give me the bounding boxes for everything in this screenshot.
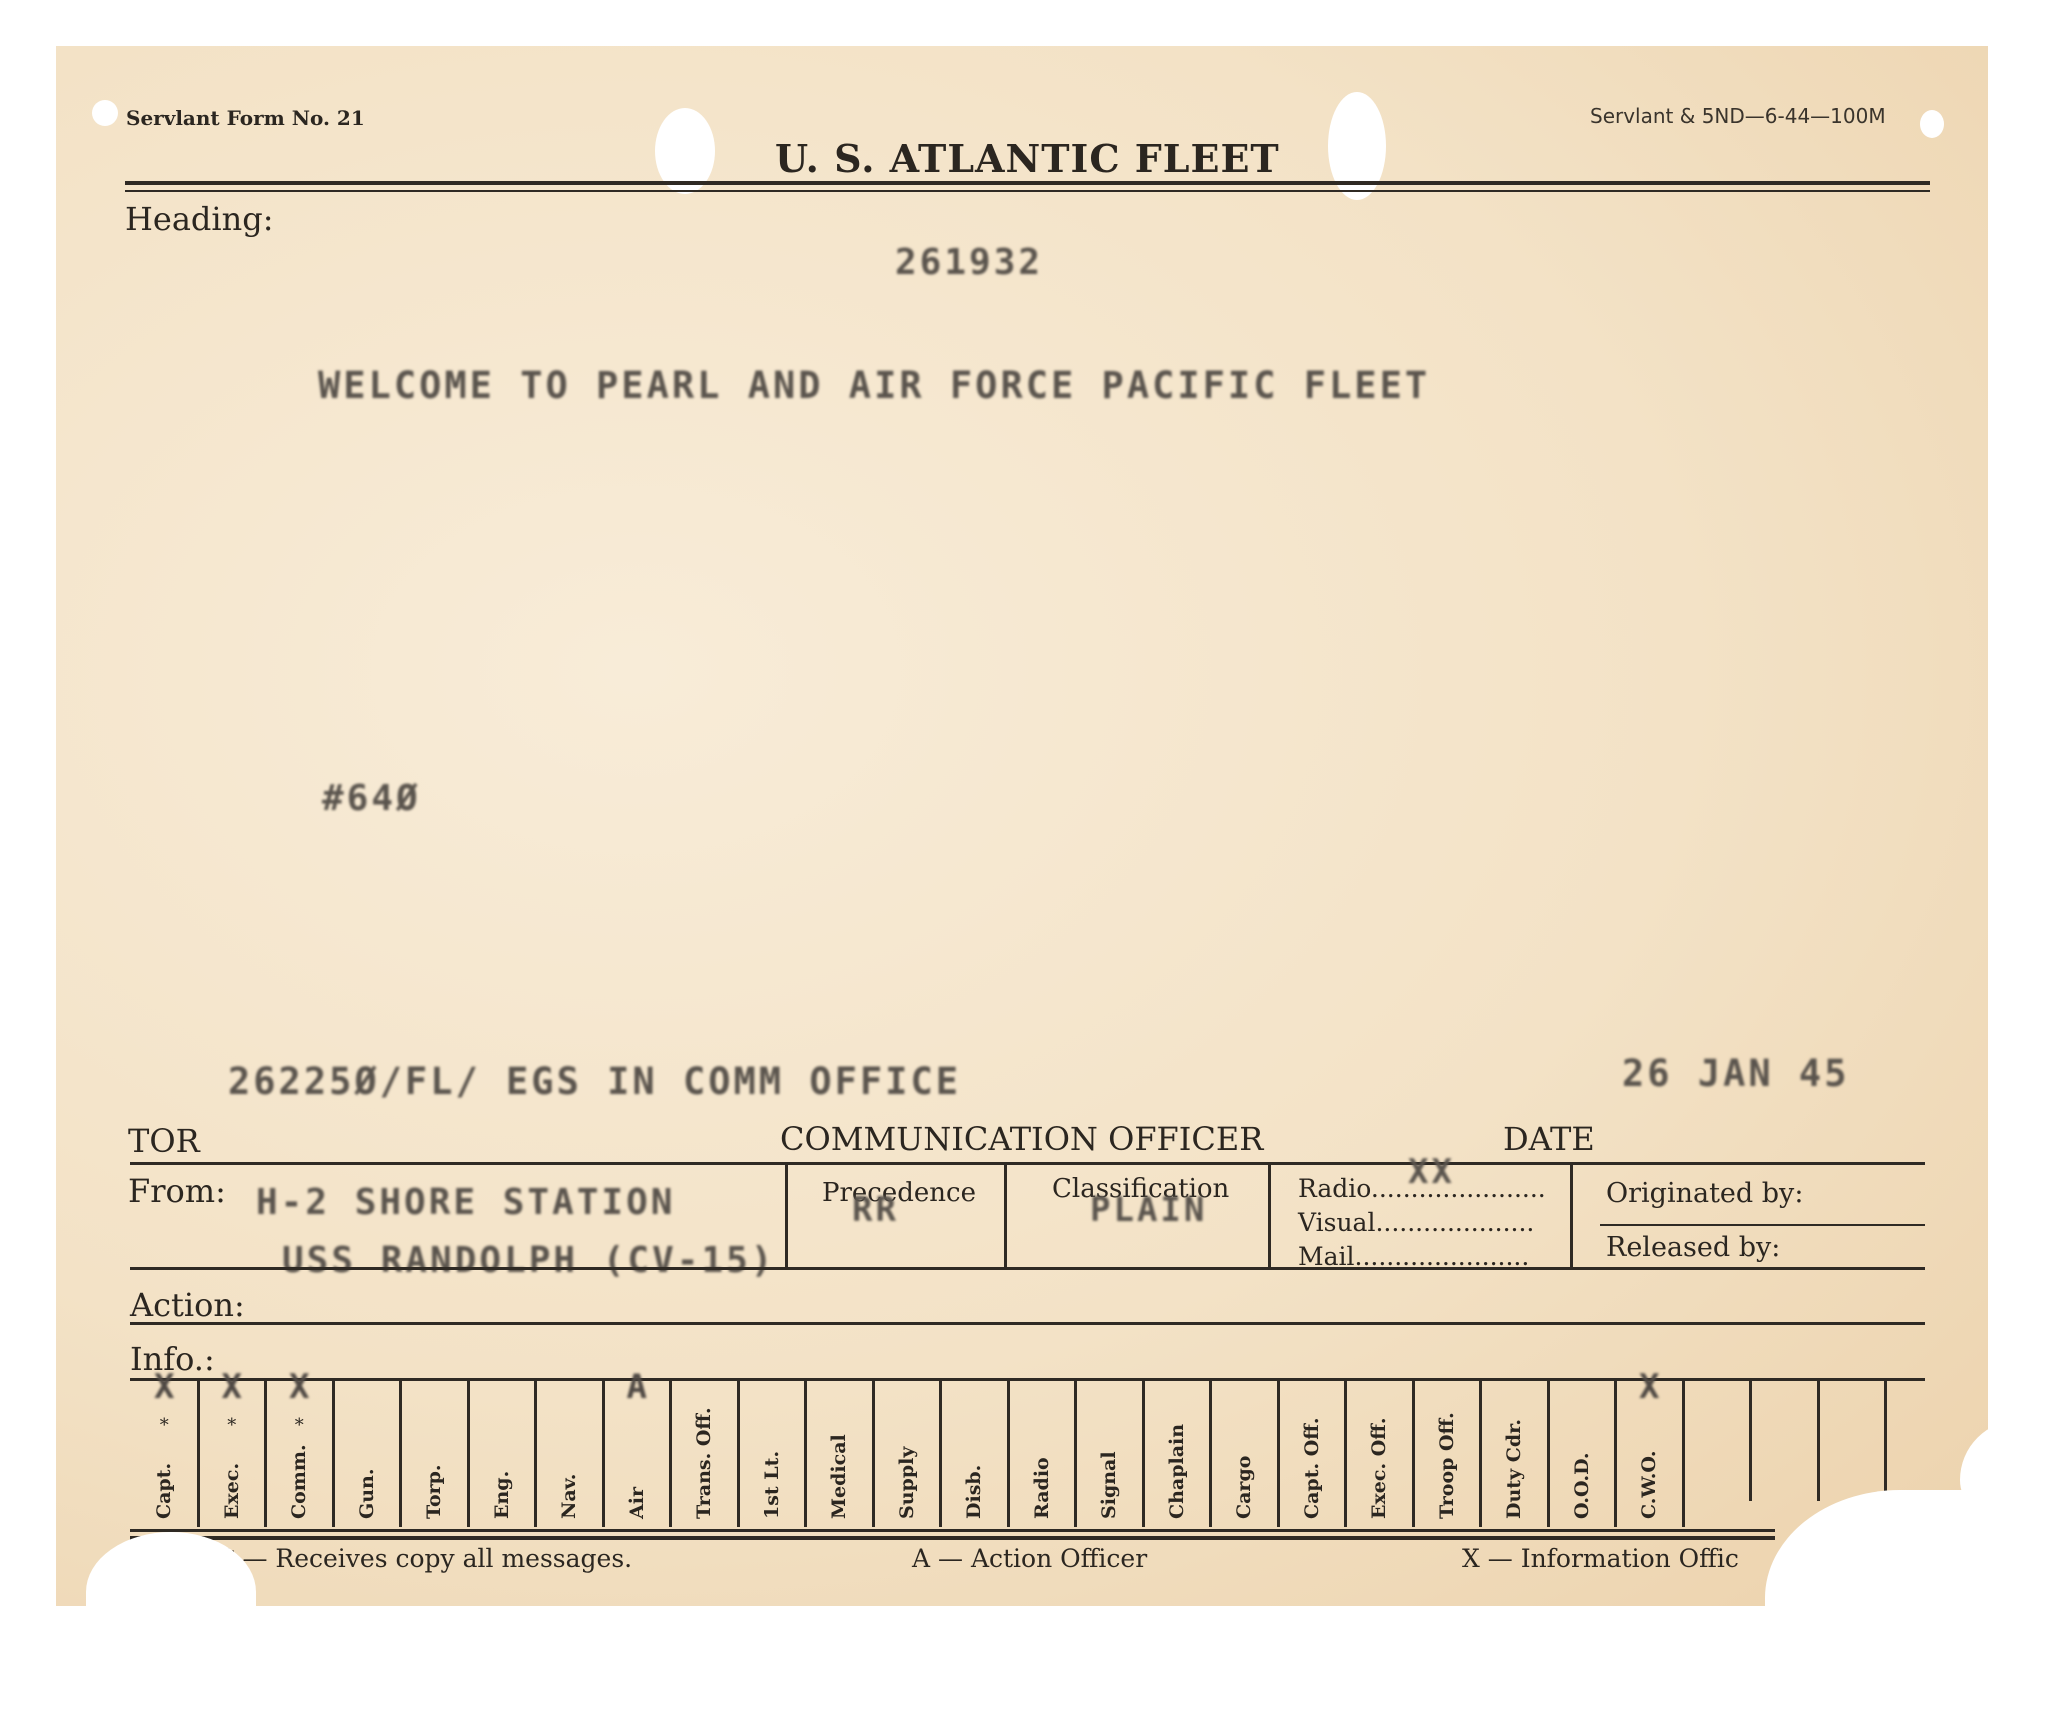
from-divider-1 — [785, 1165, 788, 1267]
from-line-2: USS RANDOLPH (CV-15) — [282, 1240, 775, 1281]
routing-column — [1752, 1381, 1820, 1501]
routing-column: Torp. — [402, 1381, 470, 1527]
routing-column: Capt. Off. — [1280, 1381, 1348, 1527]
routing-column-label: Signal — [1098, 1451, 1120, 1519]
tear-top-left — [92, 100, 118, 126]
routing-column: Signal — [1077, 1381, 1145, 1527]
routing-column: Trans. Off. — [672, 1381, 740, 1527]
routing-mark: X — [1639, 1367, 1659, 1407]
routing-mark: X — [289, 1367, 309, 1407]
message-serial: #64Ø — [322, 778, 421, 819]
tear-bottom-right — [1765, 1490, 2048, 1722]
routing-column-label: Cargo — [1233, 1456, 1255, 1519]
routing-column: C.W.O.X — [1617, 1381, 1685, 1527]
routing-column-label: Supply — [896, 1447, 918, 1519]
message-body: WELCOME TO PEARL AND AIR FORCE PACIFIC F… — [318, 364, 1430, 407]
routing-column: Nav. — [537, 1381, 605, 1527]
communication-officer-label: COMMUNICATION OFFICER — [780, 1120, 1263, 1158]
title-rule-thin — [125, 190, 1930, 192]
routing-column-label: Comm. — [288, 1444, 310, 1519]
routing-column: Chaplain — [1145, 1381, 1213, 1527]
routing-column: Duty Cdr. — [1482, 1381, 1550, 1527]
originated-by-label: Originated by: — [1606, 1178, 1803, 1209]
routing-column-label: Trans. Off. — [693, 1407, 715, 1519]
routing-column-label: C.W.O. — [1638, 1451, 1660, 1519]
routing-column: Medical — [807, 1381, 875, 1527]
routing-column-label: Chaplain — [1166, 1424, 1188, 1519]
routing-column-label: Troop Off. — [1436, 1412, 1458, 1519]
routing-column-label: Air — [626, 1487, 648, 1519]
routing-table: Capt.*XExec.*XComm.*XGun.Torp.Eng.Nav.Ai… — [132, 1381, 1932, 1529]
copy-all-star: * — [160, 1415, 169, 1436]
form-title: U. S. ATLANTIC FLEET — [775, 136, 1280, 181]
released-by-label: Released by: — [1606, 1232, 1780, 1263]
legend-star: * — Receives copy all messages. — [222, 1544, 632, 1573]
from-rule-bottom — [130, 1267, 1925, 1270]
radio-mark: XX — [1408, 1152, 1455, 1192]
routing-column-label: Capt. — [153, 1463, 175, 1519]
date-label: DATE — [1503, 1120, 1595, 1158]
routing-mark: X — [154, 1367, 174, 1407]
message-footer-line: 26225Ø/FL/ EGS IN COMM OFFICE — [228, 1060, 961, 1103]
copy-all-star: * — [227, 1415, 236, 1436]
routing-column-label: Duty Cdr. — [1503, 1419, 1525, 1519]
heading-label: Heading: — [125, 200, 274, 238]
routing-column: Cargo — [1212, 1381, 1280, 1527]
routing-rule-bottom-thick — [130, 1536, 1775, 1540]
action-rule — [130, 1322, 1925, 1325]
routing-column: Gun. — [335, 1381, 403, 1527]
legend-action: A — Action Officer — [912, 1544, 1147, 1573]
routing-column-label: O.O.D. — [1571, 1452, 1593, 1519]
routing-column-label: Eng. — [491, 1471, 513, 1519]
copy-all-star: * — [295, 1415, 304, 1436]
routing-column — [1685, 1381, 1753, 1501]
routing-column-label: Exec. Off. — [1368, 1418, 1390, 1519]
tear-top-right — [1920, 110, 1944, 138]
from-line-1: H-2 SHORE STATION — [256, 1182, 675, 1223]
routing-column: AirA — [605, 1381, 673, 1527]
routing-column: Exec.*X — [200, 1381, 268, 1527]
classification-value: PLAIN — [1090, 1190, 1207, 1230]
form-number: Servlant Form No. 21 — [126, 106, 365, 130]
routing-column: Troop Off. — [1415, 1381, 1483, 1527]
routing-column-label: 1st Lt. — [761, 1451, 783, 1519]
routing-rule-bottom — [130, 1529, 1775, 1532]
message-dtg: 261932 — [895, 242, 1043, 283]
from-divider-2 — [1004, 1165, 1007, 1267]
originated-by-rule — [1600, 1224, 1925, 1226]
routing-column-label: Medical — [828, 1434, 850, 1519]
legend-info: X — Information Offic — [1462, 1544, 1739, 1573]
message-date: 26 JAN 45 — [1622, 1052, 1849, 1095]
routing-column: O.O.D. — [1550, 1381, 1618, 1527]
routing-column: Radio — [1010, 1381, 1078, 1527]
routing-column: Comm.*X — [267, 1381, 335, 1527]
from-label: From: — [128, 1172, 226, 1210]
tear-bottom-left — [86, 1532, 256, 1652]
routing-column: Exec. Off. — [1347, 1381, 1415, 1527]
print-code: Servlant & 5ND—6-44—100M — [1590, 104, 1886, 128]
routing-column: Disb. — [942, 1381, 1010, 1527]
tor-rule — [130, 1162, 1925, 1165]
routing-column — [1887, 1381, 1952, 1501]
routing-column-label: Disb. — [963, 1465, 985, 1519]
routing-column-label: Exec. — [221, 1463, 243, 1519]
routing-mark: X — [222, 1367, 242, 1407]
routing-column: Eng. — [470, 1381, 538, 1527]
routing-column: 1st Lt. — [740, 1381, 808, 1527]
precedence-label: Precedence — [822, 1178, 976, 1208]
routing-column-label: Gun. — [356, 1469, 378, 1519]
title-rule-thick — [125, 181, 1930, 185]
routing-column-label: Capt. Off. — [1301, 1418, 1323, 1520]
routing-column-label: Torp. — [423, 1464, 445, 1519]
action-label: Action: — [130, 1286, 245, 1324]
precedence-value: RR — [852, 1190, 899, 1230]
visual-label: Visual.................... — [1298, 1208, 1534, 1237]
routing-mark: A — [627, 1367, 647, 1407]
from-divider-3 — [1268, 1165, 1271, 1267]
routing-column: Supply — [875, 1381, 943, 1527]
routing-column-label: Nav. — [558, 1474, 580, 1519]
tor-label: TOR — [128, 1122, 200, 1160]
routing-column-label: Radio — [1031, 1457, 1053, 1519]
routing-column — [1820, 1381, 1888, 1501]
routing-column: Capt.*X — [132, 1381, 200, 1527]
from-divider-4 — [1570, 1165, 1573, 1267]
